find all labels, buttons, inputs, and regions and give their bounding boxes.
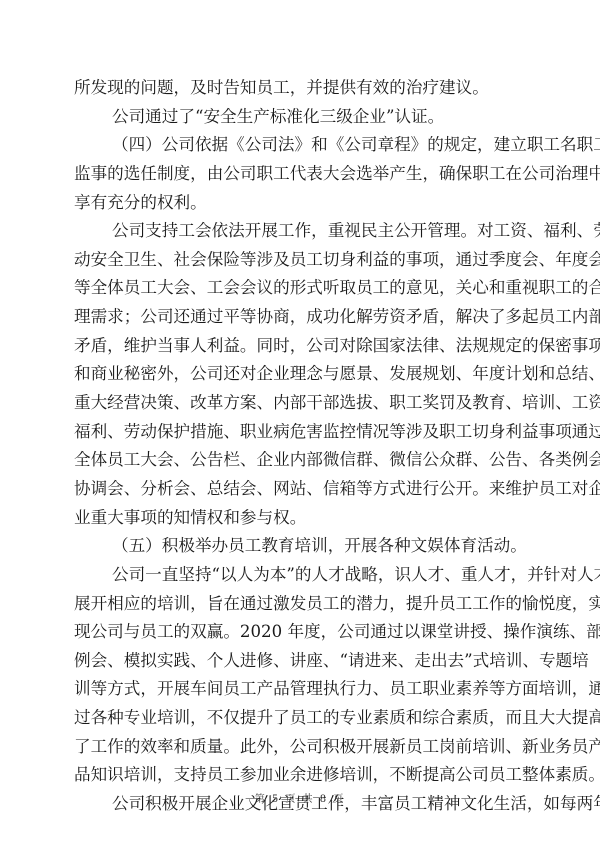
text-line: 享有充分的权利。 <box>74 189 534 218</box>
text-line: 和商业秘密外，公司还对企业理念与愿景、发展规划、年度计划和总结、 <box>74 360 534 389</box>
text-line: （五）积极举办员工教育培训，开展各种文娱体育活动。 <box>74 532 534 561</box>
text-line: 例会、模拟实践、个人进修、讲座、“请进来、走出去”式培训、专题培 <box>74 647 534 676</box>
text-line: 矛盾，维护当事人利益。同时，公司对除国家法律、法规规定的保密事项 <box>74 332 534 361</box>
text-line: 公司一直坚持“以人为本”的人才战略，识人才、重人才，并针对人才 <box>74 561 534 590</box>
text-line: 所发现的问题，及时告知员工，并提供有效的治疗建议。 <box>74 74 534 103</box>
text-line: 重大经营决策、改革方案、内部干部选拔、职工奖罚及教育、培训、工资、 <box>74 389 534 418</box>
document-body: 所发现的问题，及时告知员工，并提供有效的治疗建议。公司通过了“安全生产标准化三级… <box>74 74 534 819</box>
text-line: 全体员工大会、公告栏、企业内部微信群、微信公众群、公告、各类例会、 <box>74 446 534 475</box>
text-line: 公司通过了“安全生产标准化三级企业”认证。 <box>74 103 534 132</box>
page-footer: 第 5 页 共 8 页 <box>0 790 600 805</box>
text-line: 品知识培训，支持员工参加业余进修培训，不断提高公司员工整体素质。 <box>74 761 534 790</box>
text-line: 协调会、分析会、总结会、网站、信箱等方式进行公开。来维护员工对企 <box>74 475 534 504</box>
text-line: 展开相应的培训，旨在通过激发员工的潜力，提升员工工作的愉悦度，实 <box>74 590 534 619</box>
text-line: 公司支持工会依法开展工作，重视民主公开管理。对工资、福利、劳 <box>74 217 534 246</box>
text-line: 等全体员工大会、工会会议的形式听取员工的意见，关心和重视职工的合 <box>74 274 534 303</box>
text-line: 动安全卫生、社会保险等涉及员工切身利益的事项，通过季度会、年度会 <box>74 246 534 275</box>
text-line: 现公司与员工的双赢。2020 年度，公司通过以课堂讲授、操作演练、部门 <box>74 618 534 647</box>
text-line: 过各种专业培训，不仅提升了员工的专业素质和综合素质，而且大大提高 <box>74 704 534 733</box>
text-line: 了工作的效率和质量。此外，公司积极开展新员工岗前培训、新业务员产 <box>74 733 534 762</box>
text-line: （四）公司依据《公司法》和《公司章程》的规定，建立职工名职工 <box>74 131 534 160</box>
text-line: 理需求；公司还通过平等协商，成功化解劳资矛盾，解决了多起员工内部 <box>74 303 534 332</box>
text-line: 监事的选任制度，由公司职工代表大会选举产生，确保职工在公司治理中 <box>74 160 534 189</box>
text-line: 训等方式，开展车间员工产品管理执行力、员工职业素养等方面培训，通 <box>74 675 534 704</box>
text-line: 业重大事项的知情权和参与权。 <box>74 504 534 533</box>
document-page: 所发现的问题，及时告知员工，并提供有效的治疗建议。公司通过了“安全生产标准化三级… <box>0 0 600 848</box>
text-line: 福利、劳动保护措施、职业病危害监控情况等涉及职工切身利益事项通过 <box>74 418 534 447</box>
